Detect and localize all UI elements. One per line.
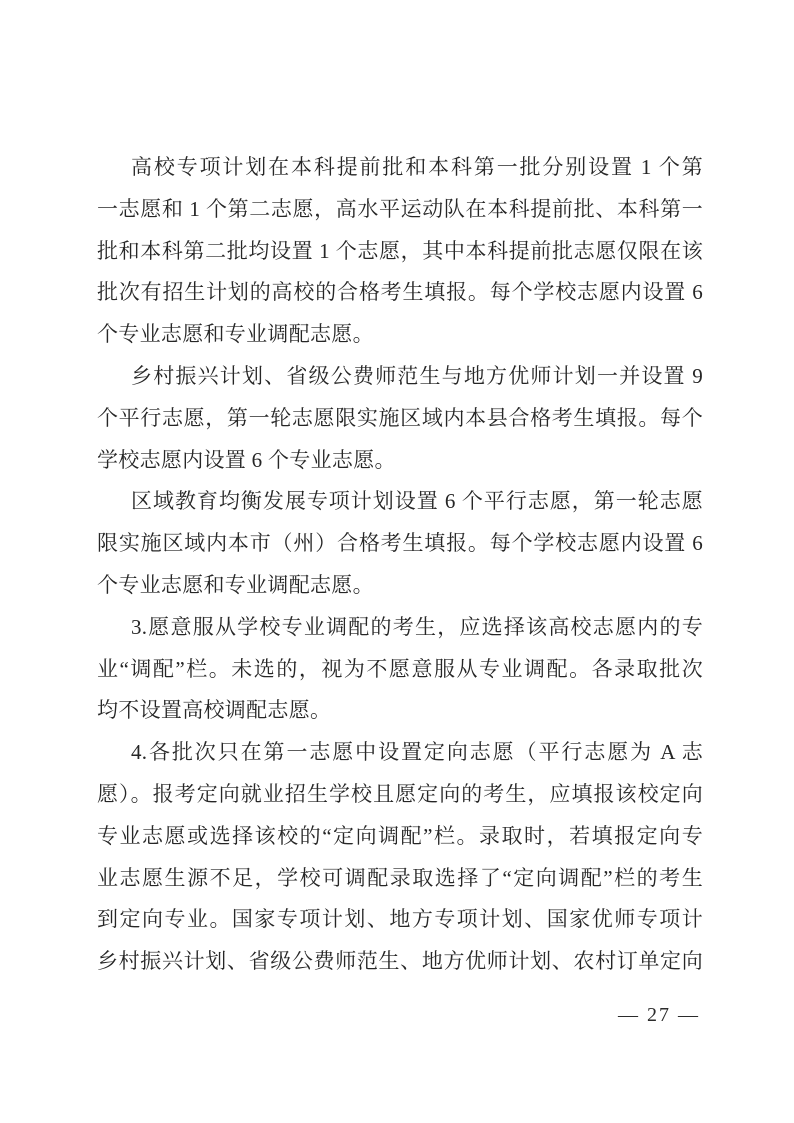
text-line: 4.各批次只在第一志愿中设置定向志愿（平行志愿为 A 志 <box>97 732 703 774</box>
text-line: 区域教育均衡发展专项计划设置 6 个平行志愿，第一轮志愿 <box>97 481 703 523</box>
text-line: 愿）。报考定向就业招生学校且愿定向的考生，应填报该校定向 <box>97 774 703 816</box>
page-number: — 27 — <box>618 1001 700 1029</box>
text-line: 批次有招生计划的高校的合格考生填报。每个学校志愿内设置 6 <box>97 272 703 314</box>
paragraph: 区域教育均衡发展专项计划设置 6 个平行志愿，第一轮志愿限实施区域内本市（州）合… <box>97 481 703 606</box>
paragraph: 乡村振兴计划、省级公费师范生与地方优师计划一并设置 9个平行志愿，第一轮志愿限实… <box>97 356 703 481</box>
text-line: 乡村振兴计划、省级公费师范生与地方优师计划一并设置 9 <box>97 356 703 398</box>
text-line: 一志愿和 1 个第二志愿，高水平运动队在本科提前批、本科第一 <box>97 189 703 231</box>
text-line: 个平行志愿，第一轮志愿限实施区域内本县合格考生填报。每个 <box>97 398 703 440</box>
text-line: 高校专项计划在本科提前批和本科第一批分别设置 1 个第 <box>97 147 703 189</box>
text-line: 业“调配”栏。未选的，视为不愿意服从专业调配。各录取批次 <box>97 649 703 691</box>
paragraph: 4.各批次只在第一志愿中设置定向志愿（平行志愿为 A 志愿）。报考定向就业招生学… <box>97 732 703 983</box>
paragraph: 高校专项计划在本科提前批和本科第一批分别设置 1 个第一志愿和 1 个第二志愿，… <box>97 147 703 356</box>
text-line: 乡村振兴计划、省级公费师范生、地方优师计划、农村订单定向 <box>97 941 703 983</box>
text-line: 专业志愿或选择该校的“定向调配”栏。录取时，若填报定向专 <box>97 816 703 858</box>
text-line: 到定向专业。国家专项计划、地方专项计划、国家优师专项计划、 <box>97 899 703 941</box>
paragraph: 3.愿意服从学校专业调配的考生，应选择该高校志愿内的专业“调配”栏。未选的，视为… <box>97 607 703 732</box>
document-body: 高校专项计划在本科提前批和本科第一批分别设置 1 个第一志愿和 1 个第二志愿，… <box>97 147 703 983</box>
text-line: 3.愿意服从学校专业调配的考生，应选择该高校志愿内的专 <box>97 607 703 649</box>
text-line: 批和本科第二批均设置 1 个志愿，其中本科提前批志愿仅限在该 <box>97 231 703 273</box>
text-line: 限实施区域内本市（州）合格考生填报。每个学校志愿内设置 6 <box>97 523 703 565</box>
text-line: 个专业志愿和专业调配志愿。 <box>97 314 703 356</box>
document-page: 高校专项计划在本科提前批和本科第一批分别设置 1 个第一志愿和 1 个第二志愿，… <box>0 0 794 1123</box>
text-line: 学校志愿内设置 6 个专业志愿。 <box>97 440 703 482</box>
text-line: 业志愿生源不足，学校可调配录取选择了“定向调配”栏的考生 <box>97 858 703 900</box>
text-line: 个专业志愿和专业调配志愿。 <box>97 565 703 607</box>
text-line: 均不设置高校调配志愿。 <box>97 690 703 732</box>
